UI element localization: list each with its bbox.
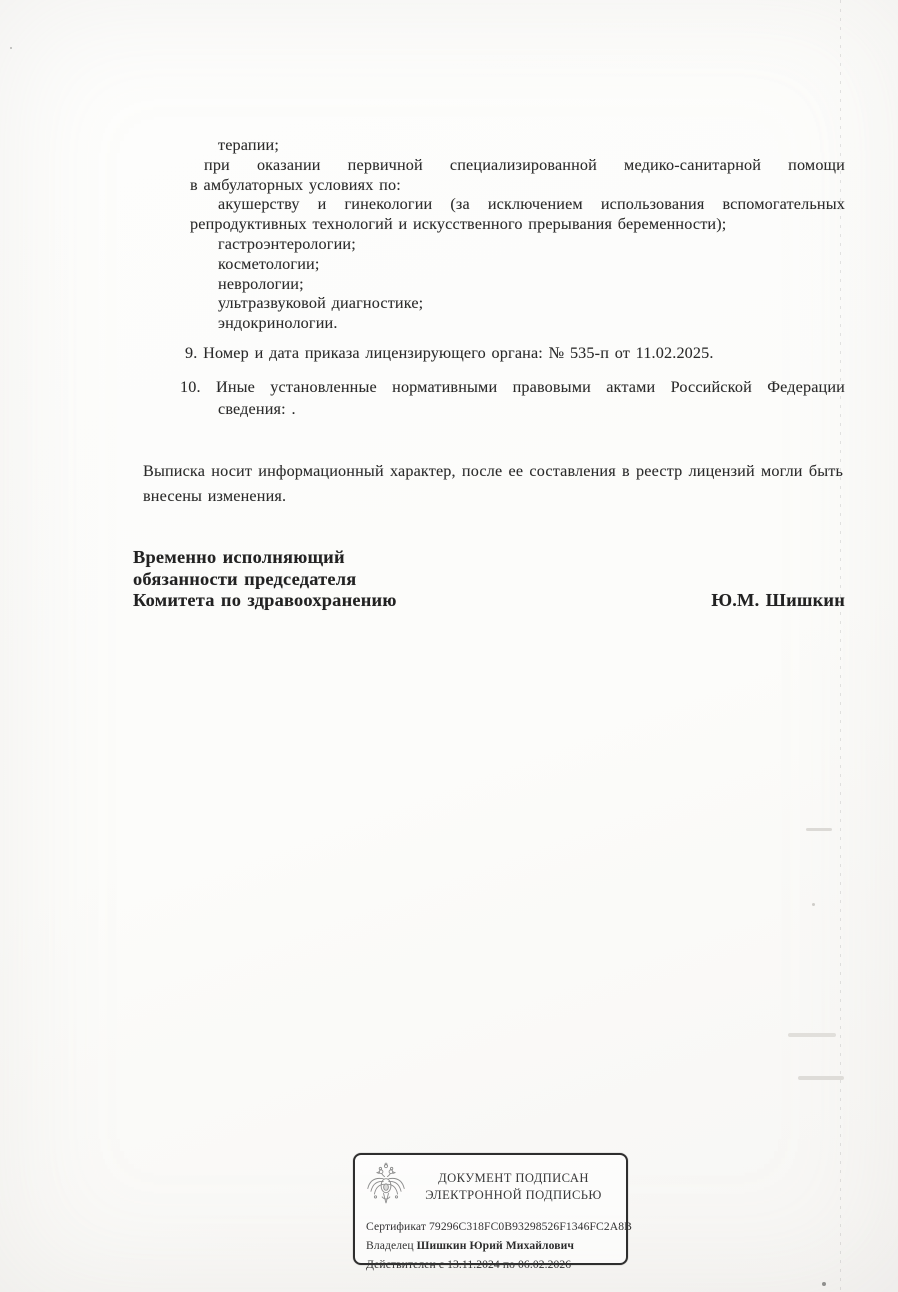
stamp-validity-line: Действителен с 13.11.2024 по 06.02.2026 (366, 1255, 617, 1274)
activity-line: неврологии; (190, 275, 845, 295)
stamp-certificate-line: Сертификат 79296C318FC0B93298526F1346FC2… (366, 1217, 617, 1236)
activity-line: в амбулаторных условиях по: (190, 176, 845, 196)
note-line: Выписка носит информационный характер, п… (143, 459, 843, 484)
activity-line: косметологии; (190, 255, 845, 275)
stamp-certificate-label: Сертификат (366, 1220, 426, 1233)
activity-line: акушерству и гинекологии (за исключением… (190, 195, 845, 215)
other-information-item: 10. Иные установленные нормативными прав… (180, 376, 845, 420)
license-activities-list: терапии; при оказании первичной специали… (190, 136, 845, 334)
stamp-owner-name: Шишкин Юрий Михайлович (417, 1239, 574, 1252)
activity-line: при оказании первичной специализированно… (190, 156, 845, 176)
scan-speck (822, 1282, 826, 1286)
signature-block: Временно исполняющий обязанности председ… (133, 547, 845, 612)
stamp-title-line: ЭЛЕКТРОННОЙ ПОДПИСЬЮ (409, 1187, 618, 1204)
signatory-name: Ю.М. Шишкин (711, 590, 845, 612)
other-information-line: сведения: . (180, 398, 845, 420)
informational-note: Выписка носит информационный характер, п… (143, 459, 843, 508)
scanned-document-page: терапии; при оказании первичной специали… (0, 0, 898, 1292)
other-information-line: 10. Иные установленные нормативными прав… (180, 376, 845, 398)
stamp-title-line: ДОКУМЕНТ ПОДПИСАН (409, 1170, 618, 1187)
scan-smudge (788, 1033, 836, 1037)
scan-speck (10, 47, 12, 49)
activity-line: терапии; (190, 136, 845, 156)
activity-line: эндокринологии. (190, 314, 845, 334)
stamp-certificate-value: 79296C318FC0B93298526F1346FC2A8B (429, 1220, 632, 1233)
scan-speck (812, 903, 815, 906)
order-number-text: 9. Номер и дата приказа лицензирующего о… (185, 344, 845, 364)
order-number-item: 9. Номер и дата приказа лицензирующего о… (185, 344, 845, 364)
signatory-position-line: Комитета по здравоохранению (133, 590, 397, 612)
signatory-position-line: Временно исполняющий (133, 547, 845, 569)
signatory-position-line: обязанности председателя (133, 569, 845, 591)
scan-edge-line (840, 0, 841, 1292)
activity-line: ультразвуковой диагностике; (190, 294, 845, 314)
stamp-owner-line: Владелец Шишкин Юрий Михайлович (366, 1236, 617, 1255)
scan-smudge (806, 828, 832, 831)
note-line: внесены изменения. (143, 484, 843, 509)
scan-smudge (798, 1076, 844, 1080)
electronic-signature-stamp: ДОКУМЕНТ ПОДПИСАН ЭЛЕКТРОННОЙ ПОДПИСЬЮ С… (353, 1153, 628, 1265)
activity-line: гастроэнтерологии; (190, 235, 845, 255)
coat-of-arms-eagle-icon (363, 1161, 409, 1214)
activity-line: репродуктивных технологий и искусственно… (190, 215, 845, 235)
stamp-owner-label: Владелец (366, 1239, 414, 1252)
